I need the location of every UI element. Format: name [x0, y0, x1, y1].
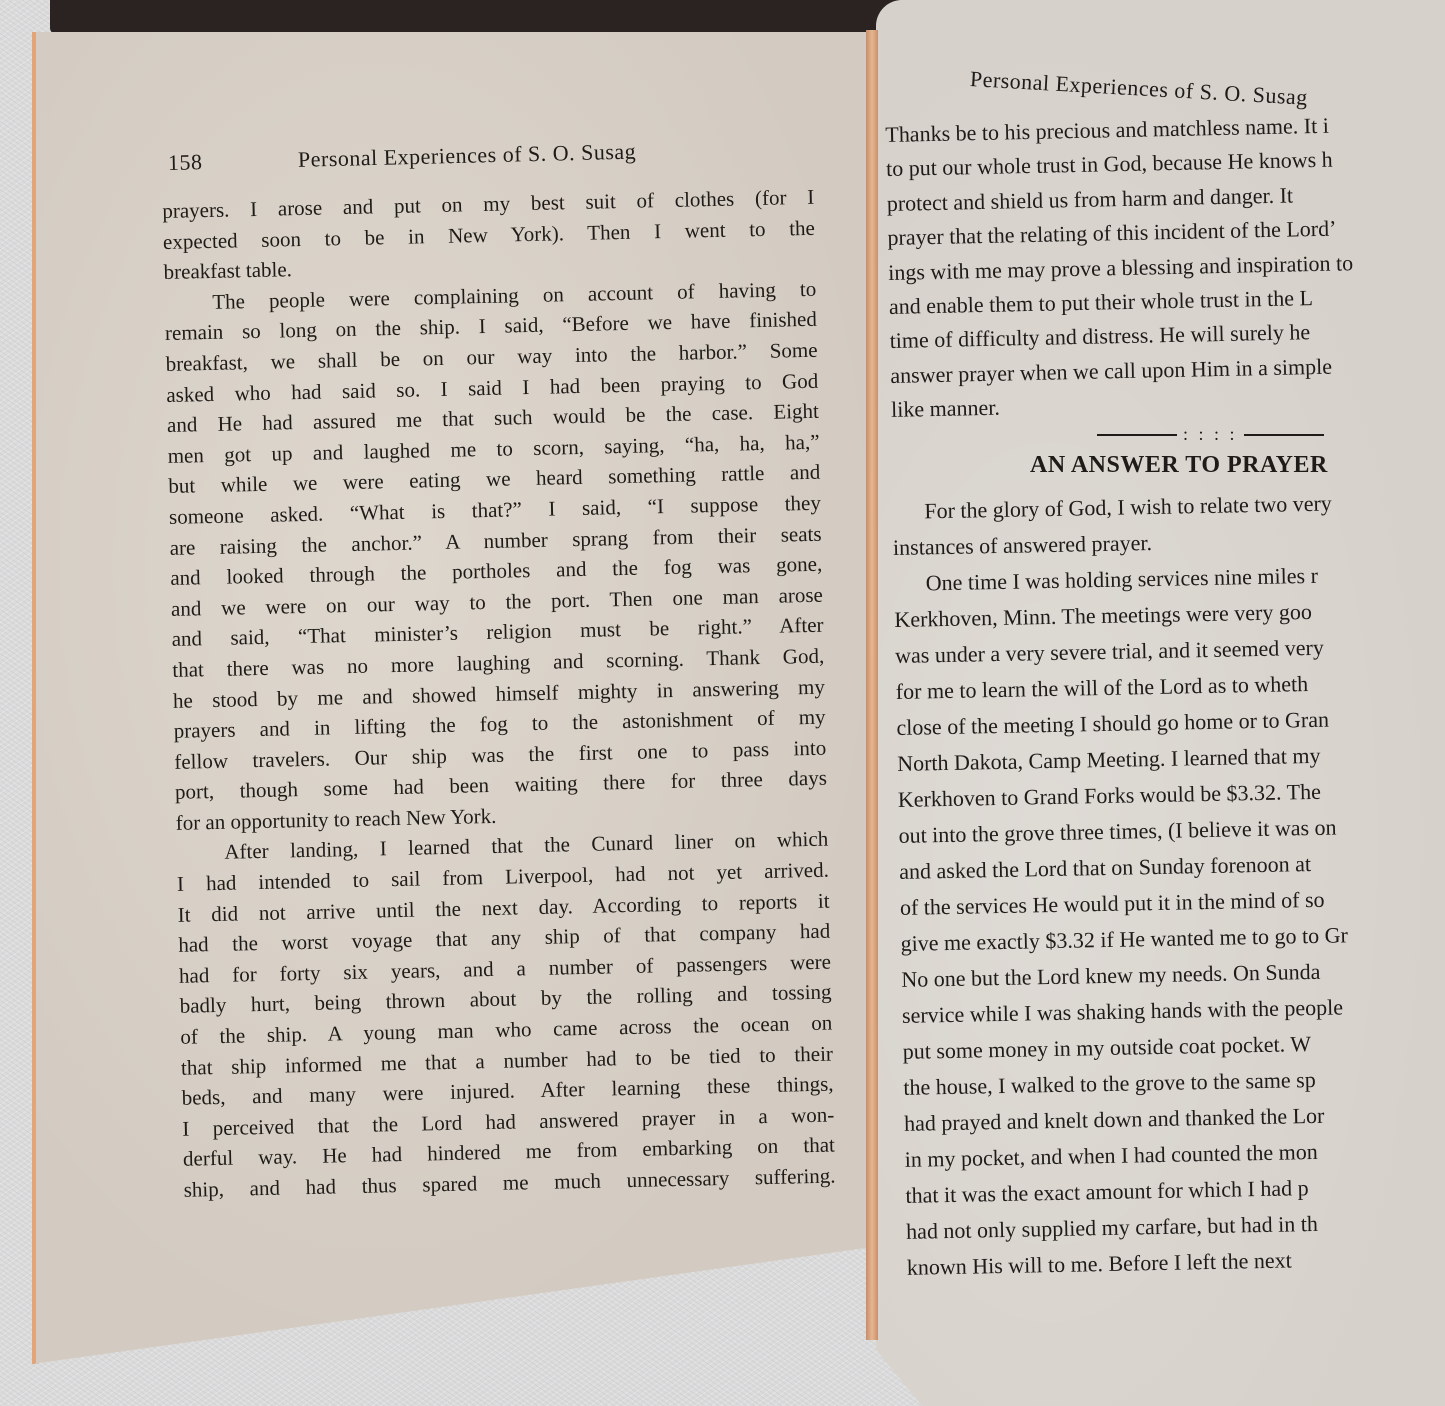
section-title: AN ANSWER TO PRAYER — [1030, 452, 1328, 479]
page-number: 158 — [168, 147, 299, 176]
right-page-body-top: Thanks be to his precious and matchless … — [885, 105, 1445, 428]
divider-rule-left — [1097, 434, 1177, 436]
left-page-body: prayers. I arose and put on my best suit… — [162, 182, 836, 1206]
section-divider: : : : : — [1097, 424, 1324, 445]
book-gutter — [866, 30, 878, 1340]
divider-rule-right — [1244, 434, 1324, 436]
shadow-top — [50, 0, 880, 34]
right-page-body-bottom: For the glory of God, I wish to relate t… — [892, 482, 1445, 1286]
divider-ornament: : : : : — [1183, 424, 1238, 445]
